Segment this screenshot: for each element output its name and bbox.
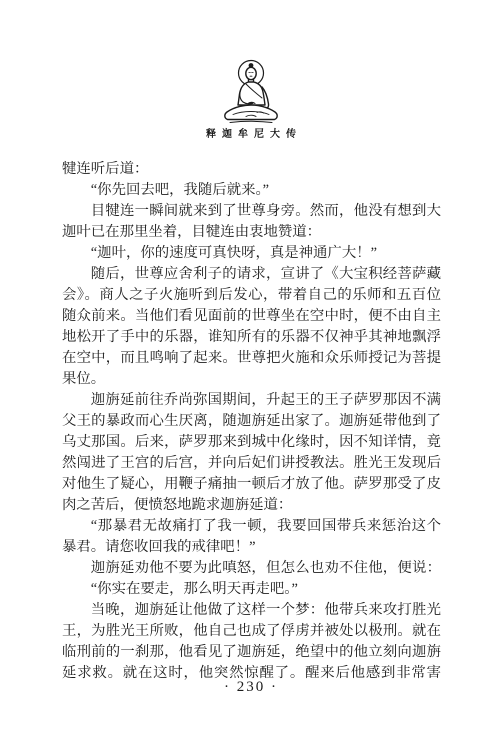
seated-buddha-icon [205,58,297,128]
text-line: 然闯进了王宫的后宫，并向后妃们讲授教法。胜光王发现后 [62,453,441,474]
text-line: 乌丈那国。后来，萨罗那来到城中化缘时，因不知详情，竟 [62,432,441,453]
text-line: “那暴君无故痛打了我一顿，我要回国带兵来惩治这个 [62,516,441,537]
text-line: 对他生了疑心，用鞭子痛抽一顿后才放了他。萨罗那受了皮 [62,474,441,495]
text-line: 果位。 [62,369,441,390]
text-line: 迦旃延前往乔尚弥国期间，升起王的王子萨罗那因不满 [62,390,441,411]
text-line: “你实在要走，那么明天再走吧。” [62,579,441,600]
text-line: 随后，世尊应舍利子的请求，宣讲了《大宝积经菩萨藏 [62,264,441,285]
buddha-illustration [0,58,502,128]
text-line: 迦旃延劝他不要为此嗔怒，但怎么也劝不住他，便说： [62,558,441,579]
text-line: 犍连听后道： [62,159,441,180]
text-line: “你先回去吧，我随后就来。” [62,180,441,201]
text-line: 王，为胜光王所败，他自己也成了俘虏并被处以极刑。就在 [62,621,441,642]
text-line: 当晚，迦旃延让他做了这样一个梦：他带兵来攻打胜光 [62,600,441,621]
book-title-caption: 释迦牟尼大传 [0,125,502,140]
page-number: · 230 · [0,679,502,696]
text-line: “迦叶，你的速度可真快呀，真是神通广大！” [62,243,441,264]
text-line: 父王的暴政而心生厌离，随迦旃延出家了。迦旃延带他到了 [62,411,441,432]
text-line: 会》。商人之子火施听到后发心，带着自己的乐师和五百位 [62,285,441,306]
text-line: 地松开了手中的乐器，谁知所有的乐器不仅神乎其神地飘浮 [62,327,441,348]
text-line: 肉之苦后，便愤怒地跪求迦旃延道： [62,495,441,516]
text-line: 临刑前的一刹那，他看见了迦旃延，绝望中的他立刻向迦旃 [62,642,441,663]
text-line: 目犍连一瞬间就来到了世尊身旁。然而，他没有想到大 [62,201,441,222]
text-line: 暴君。请您收回我的戒律吧！” [62,537,441,558]
text-line: 随众前来。当他们看见面前的世尊坐在空中时，便不由自主 [62,306,441,327]
body-text: 犍连听后道： “你先回去吧，我随后就来。” 目犍连一瞬间就来到了世尊身旁。然而，… [62,159,441,684]
book-page: 释迦牟尼大传 犍连听后道： “你先回去吧，我随后就来。” 目犍连一瞬间就来到了世… [0,0,502,747]
text-line: 在空中，而且鸣响了起来。世尊把火施和众乐师授记为菩提 [62,348,441,369]
text-line: 迦叶已在那里坐着，目犍连由衷地赞道： [62,222,441,243]
